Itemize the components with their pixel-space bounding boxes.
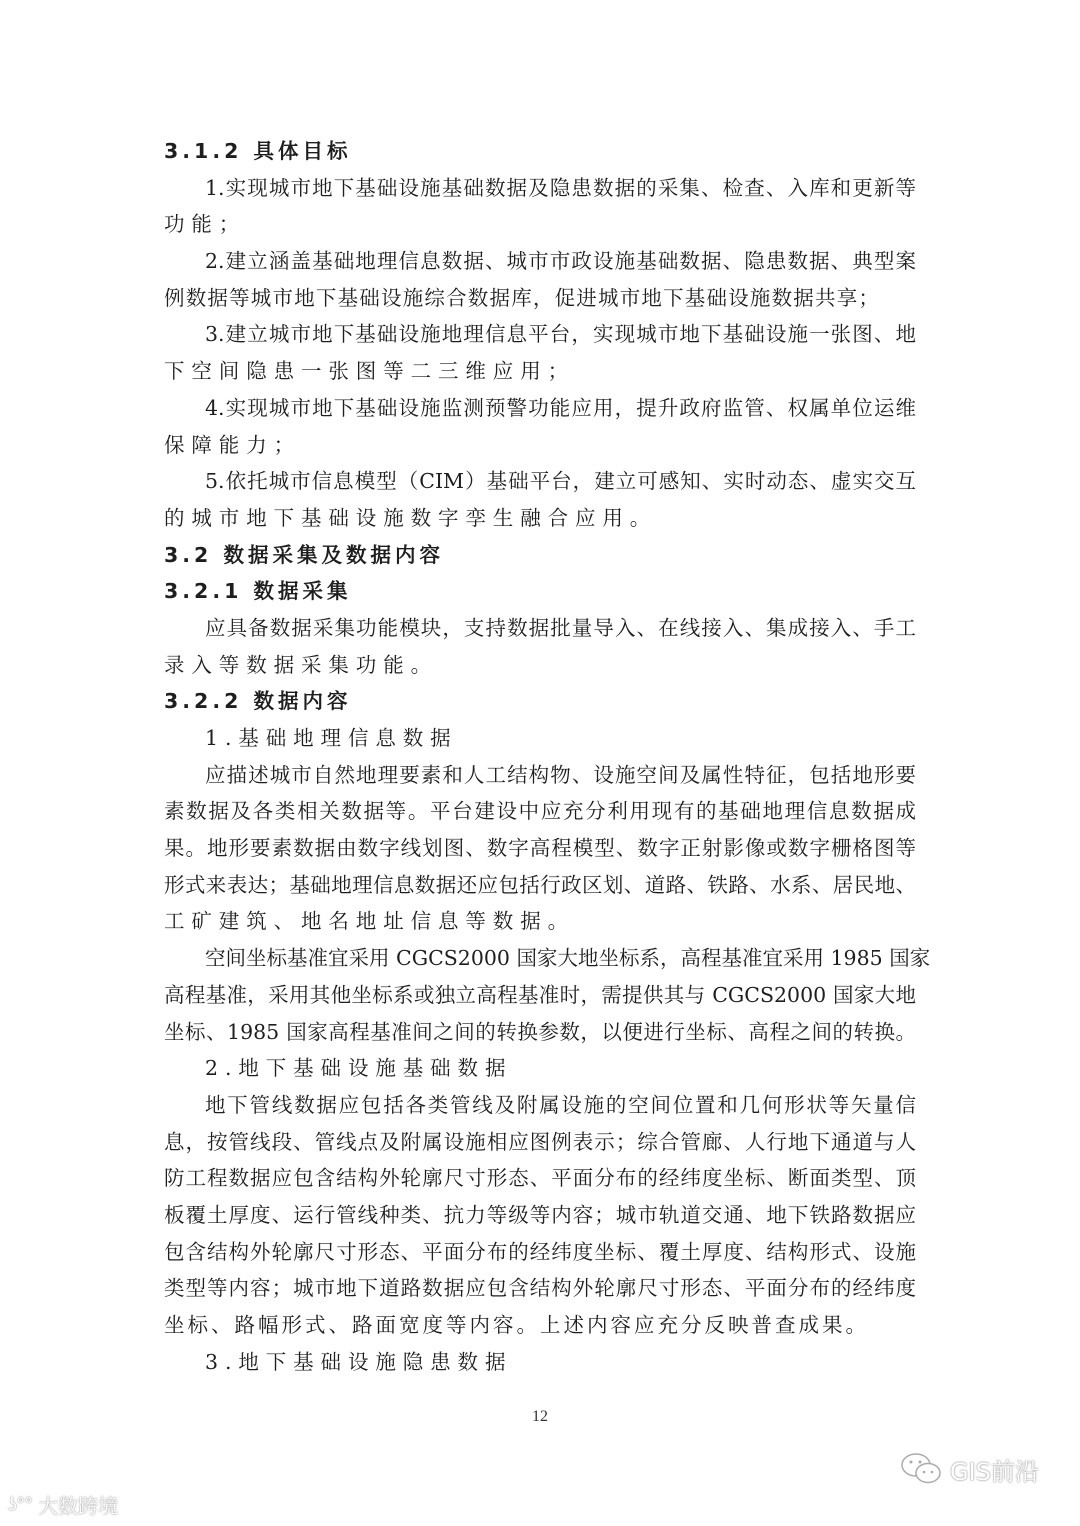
paragraph-line: 地下管线数据应包括各类管线及附属设施的空间位置和几何形状等矢量信 [164,1087,916,1124]
paragraph-line: 防工程数据应包含结构外轮廓尺寸形态、平面分布的经纬度坐标、断面类型、顶 [164,1160,916,1197]
page-number: 12 [0,1408,1080,1426]
paragraph-line: 坐标、1985 国家高程基准间之间的转换参数，以便进行坐标、高程之间的转换。 [164,1014,916,1051]
paragraph-line: 例数据等城市地下基础设施综合数据库，促进城市地下基础设施数据共享； [164,280,916,317]
paragraph-line: 下空间隐患一张图等二三维应用； [164,353,916,390]
paragraph-line: 2.建立涵盖基础地理信息数据、城市市政设施基础数据、隐患数据、典型案 [164,243,916,280]
section-heading-3-2-1: 3.2.1 数据采集 [164,573,916,610]
list-item-heading: 3.地下基础设施隐患数据 [164,1344,916,1381]
wechat-icon [900,1451,944,1487]
paragraph-line: 应描述城市自然地理要素和人工结构物、设施空间及属性特征，包括地形要 [164,757,916,794]
paragraph-line: 形式来表达；基础地理信息数据还应包括行政区划、道路、铁路、水系、居民地、 [164,867,916,904]
paragraph-line: 板覆土厚度、运行管线种类、抗力等级等内容；城市轨道交通、地下铁路数据应 [164,1197,916,1234]
paragraph-line: 1.实现城市地下基础设施基础数据及隐患数据的采集、检查、入库和更新等 [164,170,916,207]
paragraph-line: 高程基准，采用其他坐标系或独立高程基准时，需提供其与 CGCS2000 国家大地 [164,977,916,1014]
watermark-gis-frontier: GIS前沿 [900,1451,1039,1487]
paragraph-line: 应具备数据采集功能模块，支持数据批量导入、在线接入、集成接入、手工 [164,610,916,647]
section-heading-3-2: 3.2 数据采集及数据内容 [164,537,916,574]
paragraph-line: 5.依托城市信息模型（CIM）基础平台，建立可感知、实时动态、虚实交互 [164,463,916,500]
paragraph-line: 3.建立城市地下基础设施地理信息平台，实现城市地下基础设施一张图、地 [164,316,916,353]
section-heading-3-2-2: 3.2.2 数据内容 [164,683,916,720]
paragraph-line: 功能； [164,206,916,243]
watermark-label: GIS前沿 [950,1452,1039,1487]
paragraph-line: 素数据及各类相关数据等。平台建设中应充分利用现有的基础地理信息数据成 [164,793,916,830]
paragraph-line: 保障能力； [164,427,916,464]
paragraph-line: 4.实现城市地下基础设施监测预警功能应用，提升政府监管、权属单位运维 [164,390,916,427]
list-item-heading: 2.地下基础设施基础数据 [164,1050,916,1087]
brand-logo-icon: ʖ°° [8,1494,32,1515]
paragraph-line: 坐标、路幅形式、路面宽度等内容。上述内容应充分反映普查成果。 [164,1307,916,1344]
watermark-label: 大数跨境 [38,1490,118,1519]
paragraph-line: 的城市地下基础设施数字孪生融合应用。 [164,500,916,537]
paragraph-line: 工矿建筑、地名地址信息等数据。 [164,903,916,940]
paragraph-line: 空间坐标基准宜采用 CGCS2000 国家大地坐标系，高程基准宜采用 1985 … [164,940,916,977]
list-item-heading: 1.基础地理信息数据 [164,720,916,757]
paragraph-line: 录入等数据采集功能。 [164,647,916,684]
paragraph-line: 果。地形要素数据由数字线划图、数字高程模型、数字正射影像或数字栅格图等 [164,830,916,867]
document-body: 3.1.2 具体目标 1.实现城市地下基础设施基础数据及隐患数据的采集、检查、入… [164,133,916,1380]
document-page: 3.1.2 具体目标 1.实现城市地下基础设施基础数据及隐患数据的采集、检查、入… [0,0,1080,1526]
paragraph-line: 类型等内容；城市地下道路数据应包含结构外轮廓尺寸形态、平面分布的经纬度 [164,1270,916,1307]
paragraph-line: 息，按管线段、管线点及附属设施相应图例表示；综合管廊、人行地下通道与人 [164,1124,916,1161]
watermark-dashujuajing: ʖ°° 大数跨境 [8,1490,118,1519]
paragraph-line: 包含结构外轮廓尺寸形态、平面分布的经纬度坐标、覆土厚度、结构形式、设施 [164,1234,916,1271]
section-heading-3-1-2: 3.1.2 具体目标 [164,133,916,170]
